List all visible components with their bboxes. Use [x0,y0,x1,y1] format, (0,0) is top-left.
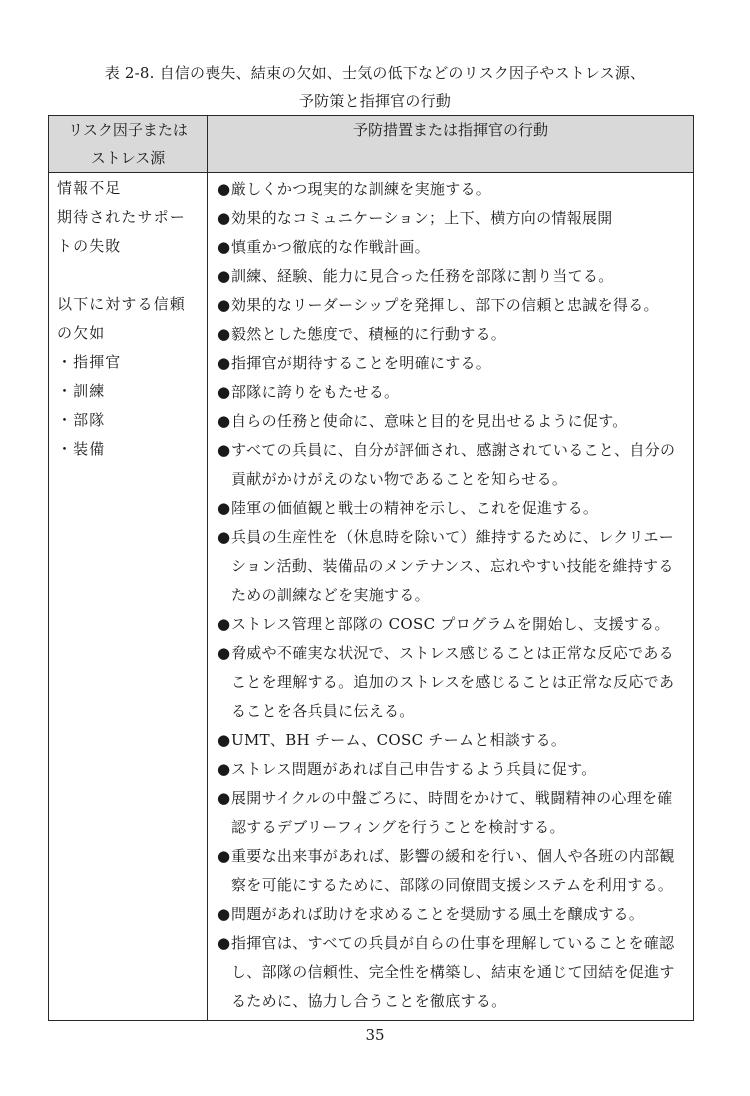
action-item: ●指揮官は、すべての兵員が自らの仕事を理解していることを確認し、部隊の信頼性、完… [217,929,685,1016]
bullet-icon: ● [217,378,231,407]
header-actions: 予防措置または指揮官の行動 [208,116,694,173]
risk-factor-line: ・訓練 [57,378,207,407]
action-item: ●すべての兵員に、自分が評価され、感謝されていること、自分の貢献がかけがえのない… [217,436,685,494]
action-item: ●ストレス問題があれば自己申告するよう兵員に促す。 [217,755,685,784]
bullet-icon: ● [217,523,231,552]
action-item: ●慎重かつ徹底的な作戦計画。 [217,233,685,262]
action-item: ●兵員の生産性を（休息時を除いて）維持するために、レクリエーション活動、装備品の… [217,523,685,610]
bullet-icon: ● [217,494,231,523]
risk-factor-line: 以下に対する信頼 [57,291,207,320]
action-item: ●効果的なコミュニケーション；上下、横方向の情報展開 [217,204,685,233]
risk-factor-line: ・装備 [57,436,207,465]
bullet-icon: ● [217,784,231,813]
action-item: ●訓練、経験、能力に見合った任務を部隊に割り当てる。 [217,262,685,291]
action-item: ●UMT、BH チーム、COSC チームと相談する。 [217,726,685,755]
risk-factor-table: リスク因子または ストレス源 予防措置または指揮官の行動 情報不足 期待されたサ… [48,115,694,1021]
bullet-icon: ● [217,929,231,958]
bullet-icon: ● [217,407,231,436]
action-item: ●ストレス管理と部隊の COSC プログラムを開始し、支援する。 [217,610,685,639]
action-item: ●自らの任務と使命に、意味と目的を見出せるように促す。 [217,407,685,436]
risk-factor-line: トの失敗 [57,233,207,262]
bullet-icon: ● [217,291,231,320]
action-item: ●展開サイクルの中盤ごろに、時間をかけて、戦闘精神の心理を確認するデブリーフィン… [217,784,685,842]
action-item: ●重要な出来事があれば、影響の緩和を行い、個人や各班の内部観察を可能にするために… [217,842,685,900]
risk-factor-line: の欠如 [57,320,207,349]
bullet-icon: ● [217,233,231,262]
table-row: 情報不足 期待されたサポー トの失敗 以下に対する信頼 の欠如 ・指揮官 ・訓練… [49,173,694,1021]
risk-factor-line: ・部隊 [57,407,207,436]
bullet-icon: ● [217,349,231,378]
risk-factor-cell: 情報不足 期待されたサポー トの失敗 以下に対する信頼 の欠如 ・指揮官 ・訓練… [49,173,208,1021]
action-item: ●問題があれば助けを求めることを奨励する風土を醸成する。 [217,900,685,929]
header-risk-factor: リスク因子または ストレス源 [49,116,208,173]
action-item: ●脅威や不確実な状況で、ストレス感じることは正常な反応であることを理解する。追加… [217,639,685,726]
bullet-icon: ● [217,262,231,291]
bullet-icon: ● [217,436,231,465]
action-item: ●毅然とした態度で、積極的に行動する。 [217,320,685,349]
table-header-row: リスク因子または ストレス源 予防措置または指揮官の行動 [49,116,694,173]
action-item: ●効果的なリーダーシップを発揮し、部下の信頼と忠誠を得る。 [217,291,685,320]
action-item: ●部隊に誇りをもたせる。 [217,378,685,407]
bullet-icon: ● [217,755,231,784]
bullet-icon: ● [217,610,231,639]
bullet-icon: ● [217,204,231,233]
table-caption-line-1: 表 2-8. 自信の喪失、結束の欠如、士気の低下などのリスク因子やストレス源、 [0,62,750,83]
action-item: ●厳しくかつ現実的な訓練を実施する。 [217,175,685,204]
risk-factor-line: 期待されたサポー [57,204,207,233]
bullet-icon: ● [217,726,231,755]
bullet-icon: ● [217,639,231,668]
bullet-icon: ● [217,320,231,349]
bullet-icon: ● [217,900,231,929]
risk-factor-line [57,262,207,291]
page-number: 35 [0,1026,750,1044]
risk-factor-line: 情報不足 [57,175,207,204]
actions-cell: ●厳しくかつ現実的な訓練を実施する。 ●効果的なコミュニケーション；上下、横方向… [208,173,694,1021]
action-item: ●陸軍の価値観と戦士の精神を示し、これを促進する。 [217,494,685,523]
table-caption-line-2: 予防策と指揮官の行動 [0,90,750,111]
action-item: ●指揮官が期待することを明確にする。 [217,349,685,378]
bullet-icon: ● [217,842,231,871]
risk-factor-line: ・指揮官 [57,349,207,378]
header-risk-factor-line-2: ストレス源 [49,144,207,172]
header-risk-factor-line-1: リスク因子または [49,116,207,144]
bullet-icon: ● [217,175,231,204]
